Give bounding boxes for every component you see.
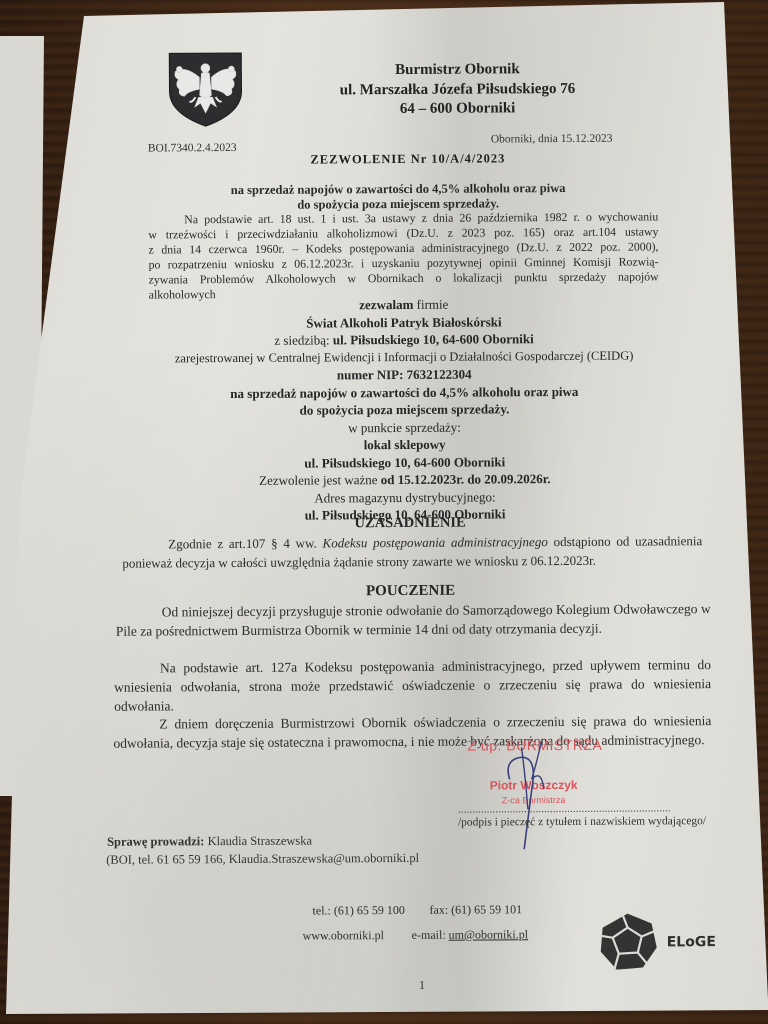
seat-address: ul. Piłsudskiego 10, 64-600 Oborniki (333, 331, 534, 347)
authority-city: 64 – 600 Oborniki (298, 98, 618, 120)
legal-basis: Na podstawie art. 18 ust. 1 i ust. 3a us… (148, 209, 659, 302)
grant-intro-rest: firmie (413, 297, 448, 312)
justification-text: Zgodnie z art.107 § 4 ww. Kodeksu postęp… (122, 531, 702, 573)
instruction-paragraph-2: Na podstawie art. 127a Kodeksu postępowa… (114, 655, 711, 716)
place-date: Oborniki, dnia 15.12.2023 (491, 133, 613, 146)
eloge-logo-text: ELoGE (667, 934, 716, 950)
validity-label: Zezwolenie jest ważne (259, 472, 381, 488)
footer-fax: fax: (61) 65 59 101 (429, 902, 522, 918)
handwritten-signature-icon (501, 739, 582, 859)
footer-phone: tel.: (61) 65 59 100 (312, 903, 404, 919)
justification-heading: UZASADNIENIE (300, 514, 520, 532)
seat-label: z siedzibą: (274, 332, 333, 347)
case-handler-contact: (BOI, tel. 61 65 59 166, Klaudia.Strasze… (106, 851, 419, 868)
permit-subtitle: na sprzedaż napojów o zawartości do 4,5%… (178, 181, 618, 214)
document-content: Burmistrz Obornik ul. Marszałka Józefa P… (0, 0, 768, 1024)
validity-range: od 15.12.2023r. do 20.09.2026r. (381, 471, 551, 487)
permit-title: ZEZWOLENIE Nr 10/A/4/2023 (238, 151, 578, 168)
grant-intro-verb: zezwalam (359, 297, 413, 312)
registry-info: zarejestrowanej w Centralnej Ewidencji i… (129, 347, 679, 368)
eagle-crest-icon (165, 51, 245, 127)
case-handler: Sprawę prowadzi: Klaudia Straszewska (107, 834, 312, 850)
instruction-paragraph-3: Z dniem doręczenia Burmistrzowi Obornik … (113, 711, 711, 753)
footer-email-link[interactable]: um@oborniki.pl (449, 927, 528, 941)
page-number: 1 (419, 978, 425, 993)
justification-text-before: Zgodnie z art.107 § 4 ww. (168, 535, 322, 551)
case-handler-label: Sprawę prowadzi: (107, 834, 204, 849)
footer-email: e-mail: um@oborniki.pl (412, 927, 528, 943)
signature-caption: /podpis i pieczęć z tytułem i nazwiskiem… (458, 815, 706, 829)
instruction-paragraph-1: Od niniejszej decyzji przysługuje stroni… (116, 599, 711, 641)
reference-number: BOI.7340.2.4.2023 (148, 142, 237, 155)
grant-block: zezwalam firmie Świat Alkoholi Patryk Bi… (129, 294, 680, 525)
instruction-heading: POUCZENIE (301, 582, 521, 600)
authority-name: Burmistrz Obornik (297, 59, 617, 81)
case-handler-name: Klaudia Straszewska (204, 834, 312, 849)
signature-line: ........................................… (458, 802, 671, 815)
footer-email-label: e-mail: (412, 928, 449, 942)
footer-website[interactable]: www.oborniki.pl (303, 928, 384, 943)
legal-basis-line: zywania Problemów Alkoholowych w Obornik… (149, 269, 659, 287)
dodecahedron-logo-icon (597, 911, 659, 973)
permit-subtitle-line1: na sprzedaż napojów o zawartości do 4,5%… (178, 181, 618, 199)
justification-code-name: Kodeksu postępowania administracyjnego (322, 534, 547, 550)
